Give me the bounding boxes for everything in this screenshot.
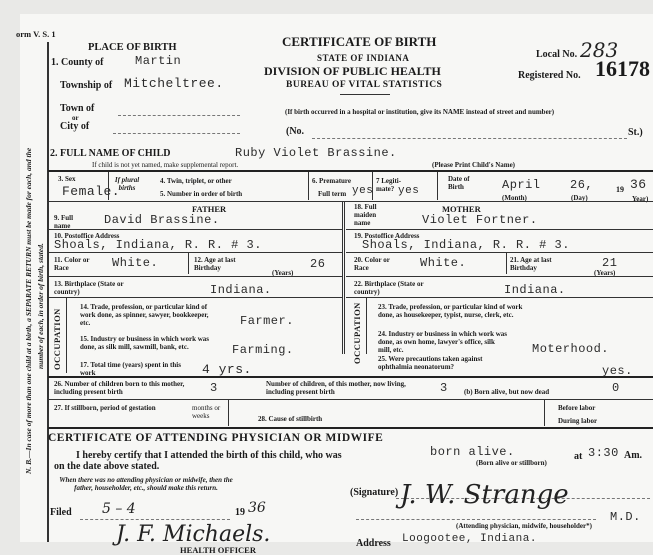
filed-year: 36 xyxy=(248,500,266,516)
divider xyxy=(228,399,229,426)
division-name: DIVISION OF PUBLIC HEALTH xyxy=(264,64,441,79)
father-birthplace: Indiana. xyxy=(210,283,272,297)
order-label: 5. Number in order of birth xyxy=(160,190,242,198)
divider xyxy=(48,252,342,253)
city-line xyxy=(113,133,240,134)
town-label: Town of xyxy=(60,104,94,113)
filed-label: Filed xyxy=(50,508,72,517)
filed-line xyxy=(80,519,230,520)
township-value: Mitcheltree. xyxy=(124,76,224,91)
dob-label: Date of Birth xyxy=(448,175,484,191)
children-living-label: Number of children, of this mother, now … xyxy=(266,380,426,396)
full-term-value: yes xyxy=(352,185,373,197)
no-physician-note: When there was no attending physician or… xyxy=(56,476,236,492)
father-time: 4 yrs. xyxy=(202,362,252,377)
birth-time: 3:30 xyxy=(588,446,619,460)
divider xyxy=(366,297,367,354)
divider xyxy=(48,276,342,277)
child-name-note: If child is not yet named, make suppleme… xyxy=(92,161,238,169)
form-number: orm V. S. 1 xyxy=(16,30,56,39)
during-labor-label: During labor xyxy=(558,417,597,425)
sex-label: 3. Sex xyxy=(58,175,76,183)
certify-statement: I hereby certify that I attended the bir… xyxy=(76,451,342,460)
children-born: 3 xyxy=(210,381,218,395)
divider xyxy=(48,376,653,378)
child-name: Ruby Violet Brassine. xyxy=(235,146,397,160)
divider xyxy=(346,276,653,277)
divider xyxy=(188,252,189,274)
street-line xyxy=(312,138,627,139)
side-note-2: number of each, in order of birth, state… xyxy=(36,243,45,369)
father-address: Shoals, Indiana, R. R. # 3. xyxy=(54,238,262,252)
registered-no-label: Registered No. xyxy=(518,71,581,80)
divider xyxy=(308,172,309,200)
no-label: (No. xyxy=(286,127,304,136)
mother-birthplace-label: 22. Birthplace (State or country) xyxy=(354,280,444,296)
county-value: Martin xyxy=(135,54,181,68)
mother-birthplace: Indiana. xyxy=(504,283,566,297)
filed-year-prefix: 19 xyxy=(235,508,245,517)
premature-label: 6. Premature xyxy=(312,177,351,185)
mother-name: Violet Fortner. xyxy=(422,213,538,227)
side-note-1: N. B.—In case of more than one child at … xyxy=(24,148,33,474)
mother-age-label: 21. Age at last Birthday xyxy=(510,256,570,272)
signature-line-2 xyxy=(356,519,596,520)
form-border xyxy=(47,42,49,542)
children-dead: 0 xyxy=(612,381,620,395)
divider xyxy=(346,297,653,298)
divider xyxy=(346,252,653,253)
divider xyxy=(48,399,653,400)
born-note: (Born alive or stillborn) xyxy=(476,459,547,467)
children-dead-label: (b) Born alive, but now dead xyxy=(464,388,549,396)
plural-label: If plural births xyxy=(112,176,142,192)
divider xyxy=(48,297,342,298)
before-labor-label: Before labor xyxy=(558,404,595,412)
divider xyxy=(108,172,109,200)
mother-name-label: 18. Full maiden name xyxy=(354,203,384,227)
certificate-title: CERTIFICATE OF BIRTH xyxy=(282,34,436,50)
divider xyxy=(48,229,342,230)
father-industry-label: 15. Industry or business in which work w… xyxy=(80,335,220,351)
attending-note: (Attending physician, midwife, household… xyxy=(456,522,592,530)
twin-label: 4. Twin, triplet, or other xyxy=(160,177,232,185)
town-line xyxy=(118,115,240,116)
father-age: 26 xyxy=(310,257,325,271)
cause-label: 28. Cause of stillbirth xyxy=(258,415,322,423)
father-age-label: 12. Age at last Birthday xyxy=(194,256,254,272)
health-officer-signature: J. F. Michaels. xyxy=(116,522,270,547)
divider xyxy=(48,427,653,429)
dob-day: 26, xyxy=(570,178,593,192)
dob-month: April xyxy=(502,178,541,192)
mother-race: White. xyxy=(420,256,466,270)
physician-certificate-heading: CERTIFICATE OF ATTENDING PHYSICIAN OR MI… xyxy=(48,432,383,444)
signature-label: (Signature) xyxy=(350,488,398,497)
children-born-label: 26. Number of children born to this moth… xyxy=(54,380,204,396)
mother-address: Shoals, Indiana, R. R. # 3. xyxy=(362,238,570,252)
legit-value: yes xyxy=(398,185,419,197)
child-name-label: 2. FULL NAME OF CHILD xyxy=(50,149,170,158)
months-weeks: months or weeks xyxy=(192,404,232,420)
divider xyxy=(48,201,653,202)
divider xyxy=(437,172,438,200)
print-note: (Please Print Child's Name) xyxy=(432,161,515,169)
st-label: St.) xyxy=(628,128,643,137)
father-name-label: 9. Full name xyxy=(54,214,84,230)
health-officer-label: HEALTH OFFICER xyxy=(180,546,256,555)
local-no-label: Local No. xyxy=(536,50,577,59)
divider xyxy=(544,399,545,426)
certificate-paper: N. B.—In case of more than one child at … xyxy=(20,14,653,542)
divider xyxy=(48,170,653,172)
children-living: 3 xyxy=(440,381,448,395)
born-status: born alive. xyxy=(430,445,515,459)
township-label: Township of xyxy=(60,81,112,90)
stillborn-label: 27. If stillborn, period of gestation xyxy=(54,404,204,412)
place-of-birth-heading: PLACE OF BIRTH xyxy=(88,42,177,53)
father-name: David Brassine. xyxy=(104,213,220,227)
divider xyxy=(342,201,345,354)
birth-ampm: Am. xyxy=(624,451,642,460)
father-trade-label: 14. Trade, profession, or particular kin… xyxy=(80,303,220,327)
divider xyxy=(506,252,507,274)
father-birthplace-label: 13. Birthplace (State or country) xyxy=(54,280,144,296)
dob-year-prefix: 19 xyxy=(616,185,624,194)
divider xyxy=(346,229,653,230)
mother-precautions-label: 25. Were precautions taken against ophth… xyxy=(378,355,508,371)
mother-industry-label: 24. Industry or business in which work w… xyxy=(378,330,508,354)
registered-no: 16178 xyxy=(595,56,650,82)
state-name: STATE OF INDIANA xyxy=(317,53,409,63)
mother-race-label: 20. Color or Race xyxy=(354,256,404,272)
physician-address: Loogootee, Indiana. xyxy=(402,533,537,545)
physician-signature: J. W. Strange xyxy=(400,480,569,510)
hospital-note: (If birth occurred in a hospital or inst… xyxy=(285,108,554,116)
md-label: M.D. xyxy=(610,510,641,524)
mother-industry: Moterhood. xyxy=(532,342,609,356)
full-term-label: Full term xyxy=(318,190,346,198)
address-label: Address xyxy=(356,539,391,548)
mother-age: 21 xyxy=(602,256,617,270)
father-race-label: 11. Color or Race xyxy=(54,256,104,272)
divider xyxy=(66,297,67,373)
dob-year: 36 xyxy=(630,177,647,192)
mother-trade-label: 23. Trade, profession, or particular kin… xyxy=(378,303,528,319)
father-industry: Farming. xyxy=(232,343,294,357)
mother-occupation-side: OCCUPATION xyxy=(352,302,362,364)
father-trade: Farmer. xyxy=(240,314,294,328)
divider xyxy=(372,172,373,200)
county-label: 1. County of xyxy=(51,58,104,67)
certify-statement-2: on the date above stated. xyxy=(54,462,159,471)
father-time-label: 17. Total time (years) spent in this wor… xyxy=(80,361,190,377)
filed-date: 5 – 4 xyxy=(102,501,136,517)
bureau-name: BUREAU OF VITAL STATISTICS xyxy=(286,80,442,90)
father-race: White. xyxy=(112,256,158,270)
at-label: at xyxy=(574,452,582,461)
divider xyxy=(340,94,390,95)
city-label: City of xyxy=(60,122,89,131)
father-occupation-side: OCCUPATION xyxy=(52,308,62,370)
